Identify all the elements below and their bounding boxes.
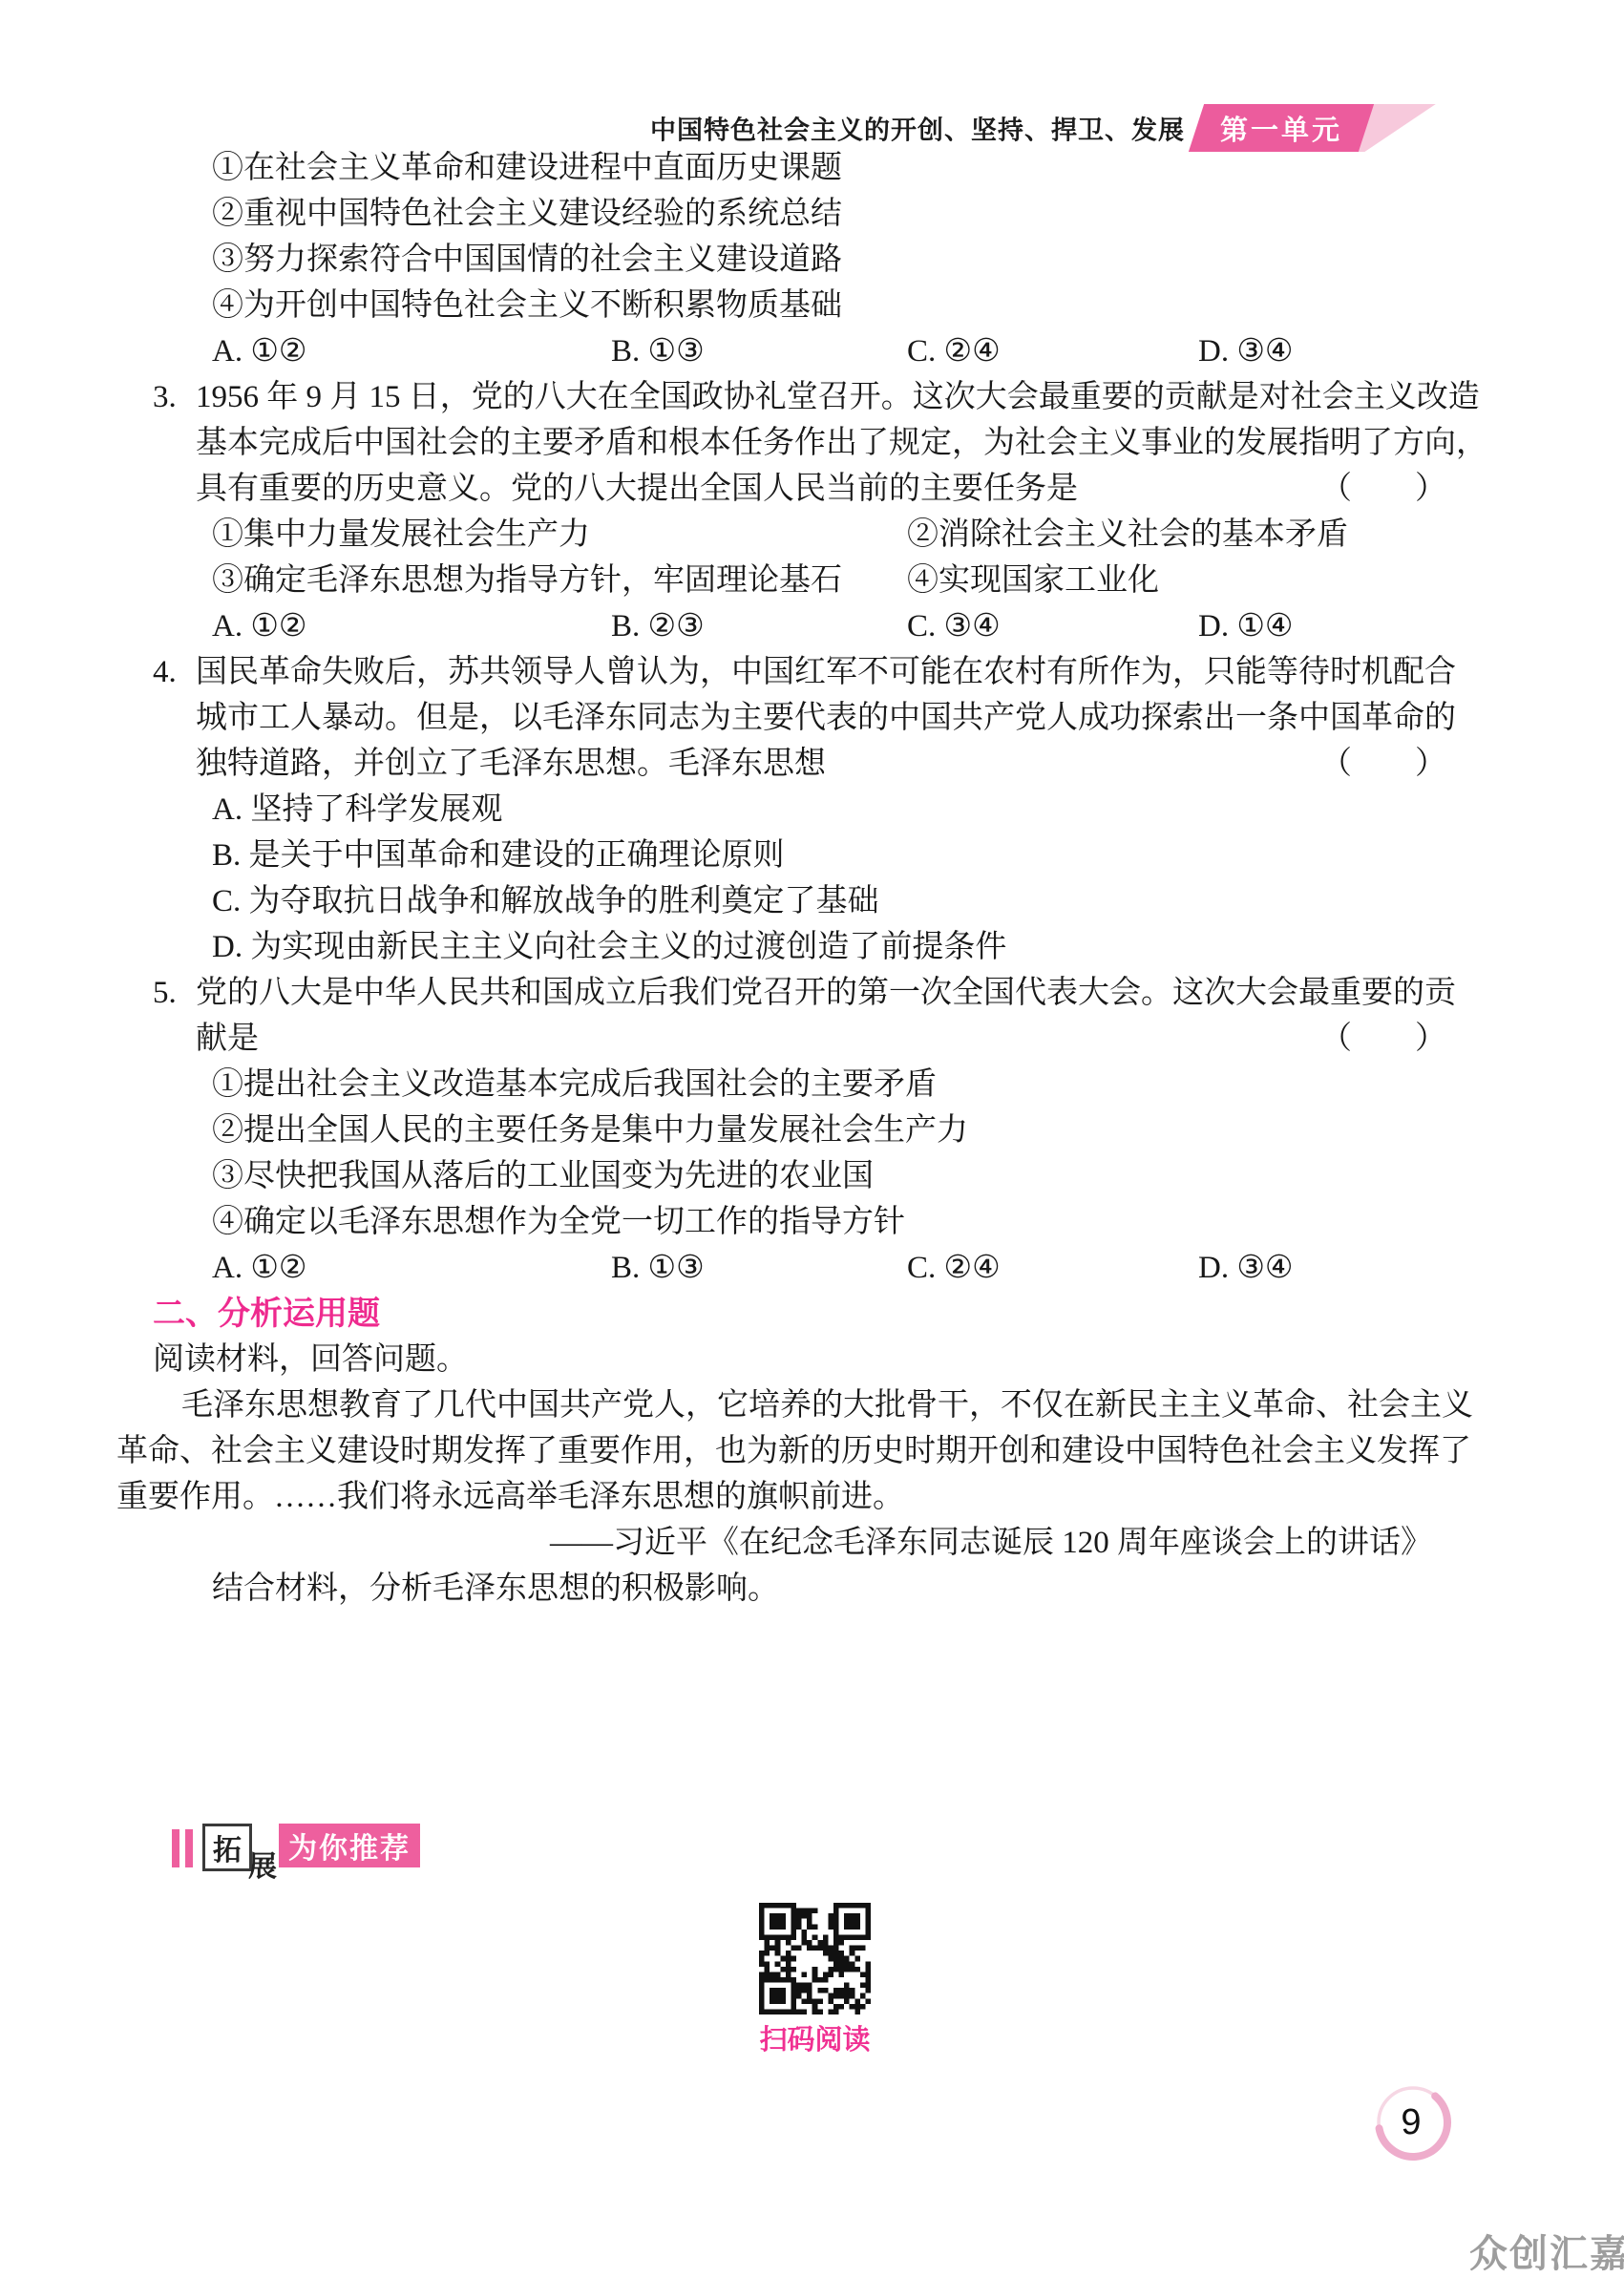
question-stem-line: 3. 1956 年 9 月 15 日，党的八大在全国政协礼堂召开。这次大会最重要… xyxy=(115,374,1475,420)
expand-label-top: 拓 xyxy=(213,1826,242,1868)
question-stem-line: 4. 国民革命失败后，苏共领导人曾认为，中国红军不可能在农村有所作为，只能等待时… xyxy=(115,649,1475,695)
choice-item: ③努力探索符合中国国情的社会主义建设道路 xyxy=(212,237,1475,283)
option-label: B. ②③ xyxy=(611,603,907,649)
answer-bracket: （ ） xyxy=(1320,466,1446,512)
qr-code-image xyxy=(759,1903,871,2014)
option-label: C. ③④ xyxy=(907,603,1198,649)
page-number: 9 xyxy=(1371,2080,1451,2164)
expand-box: 拓 xyxy=(202,1824,252,1871)
option-line: D. 为实现由新民主主义向社会主义的过渡创造了前提条件 xyxy=(212,924,1475,970)
answer-options-row: A. ①② B. ②③ C. ③④ D. ①④ xyxy=(212,603,1475,649)
material-paragraph-line: 重要作用。……我们将永远高举毛泽东思想的旗帜前进。 xyxy=(116,1474,1475,1520)
question-number: 4. xyxy=(153,649,177,695)
qr-code xyxy=(759,1903,871,2014)
question-stem-line: 城市工人暴动。但是，以毛泽东同志为主要代表的中国共产党人成功探索出一条中国革命的 xyxy=(196,695,1475,741)
question-number: 5. xyxy=(153,970,177,1016)
answer-options-row: A. ①② B. ①③ C. ②④ D. ③④ xyxy=(212,328,1475,374)
question-stem-line: 5. 党的八大是中华人民共和国成立后我们党召开的第一次全国代表大会。这次大会最重… xyxy=(115,970,1475,1016)
question-stem-text: 献是 xyxy=(196,1016,259,1062)
question-stem-line: 献是 （ ） xyxy=(115,1016,1475,1062)
question-stem-line: 独特道路，并创立了毛泽东思想。毛泽东思想 （ ） xyxy=(115,741,1475,787)
question-stem-text: 国民革命失败后，苏共领导人曾认为，中国红军不可能在农村有所作为，只能等待时机配合 xyxy=(196,649,1456,695)
task-line: 结合材料，分析毛泽东思想的积极影响。 xyxy=(212,1566,1475,1612)
material-paragraph-line: 毛泽东思想教育了几代中国共产党人，它培养的大批骨干，不仅在新民主主义革命、社会主… xyxy=(116,1382,1475,1428)
workbook-page: 中国特色社会主义的开创、坚持、捍卫、发展 第一单元 ①在社会主义革命和建设进程中… xyxy=(0,0,1624,2278)
option-label: D. ③④ xyxy=(1198,328,1475,374)
choice-item-row: ①集中力量发展社会生产力 ②消除社会主义社会的基本矛盾 xyxy=(212,512,1475,558)
option-label: A. ①② xyxy=(212,328,611,374)
question-stem-text: 党的八大是中华人民共和国成立后我们党召开的第一次全国代表大会。这次大会最重要的贡 xyxy=(196,970,1456,1016)
pink-bar-icon xyxy=(172,1829,179,1867)
choice-item: ①提出社会主义改造基本完成后我国社会的主要矛盾 xyxy=(212,1062,1475,1107)
material-attribution: ——习近平《在纪念毛泽东同志诞辰 120 周年座谈会上的讲话》 xyxy=(115,1520,1475,1566)
choice-item: ①集中力量发展社会生产力 xyxy=(212,512,907,558)
option-line: B. 是关于中国革命和建设的正确理论原则 xyxy=(212,833,1475,878)
option-label: C. ②④ xyxy=(907,1245,1198,1291)
recommend-badge: 为你推荐 xyxy=(279,1824,420,1867)
choice-item: ③确定毛泽东思想为指导方针，牢固理论基石 xyxy=(212,558,907,603)
answer-bracket: （ ） xyxy=(1320,741,1446,787)
pink-bar-icon xyxy=(185,1829,193,1867)
question-stem-line: 基本完成后中国社会的主要矛盾和根本任务作出了规定，为社会主义事业的发展指明了方向… xyxy=(196,420,1475,466)
choice-item: ④实现国家工业化 xyxy=(907,558,1475,603)
option-label: B. ①③ xyxy=(611,1245,907,1291)
choice-item: ④为开创中国特色社会主义不断积累物质基础 xyxy=(212,283,1475,328)
option-line: C. 为夺取抗日战争和解放战争的胜利奠定了基础 xyxy=(212,878,1475,924)
option-label: A. ①② xyxy=(212,603,611,649)
choice-item: ②重视中国特色社会主义建设经验的系统总结 xyxy=(212,191,1475,237)
question-stem-text: 具有重要的历史意义。党的八大提出全国人民当前的主要任务是 xyxy=(196,466,1078,512)
expand-label-bottom: 展 xyxy=(248,1843,277,1885)
section-heading: 二、分析运用题 xyxy=(153,1291,1475,1337)
section-intro: 阅读材料，回答问题。 xyxy=(153,1337,1475,1382)
expand-recommend-block: 拓 展 为你推荐 xyxy=(172,1822,458,1881)
choice-item-row: ③确定毛泽东思想为指导方针，牢固理论基石 ④实现国家工业化 xyxy=(212,558,1475,603)
option-label: D. ③④ xyxy=(1198,1245,1475,1291)
answer-bracket: （ ） xyxy=(1320,1016,1446,1062)
question-stem-text: 1956 年 9 月 15 日，党的八大在全国政协礼堂召开。这次大会最重要的贡献… xyxy=(196,374,1480,420)
option-line: A. 坚持了科学发展观 xyxy=(212,787,1475,833)
material-paragraph-line: 革命、社会主义建设时期发挥了重要作用，也为新的历史时期开创和建设中国特色社会主义… xyxy=(116,1428,1475,1474)
exercise-content: ①在社会主义革命和建设进程中直面历史课题 ②重视中国特色社会主义建设经验的系统总… xyxy=(115,145,1475,1612)
choice-item: ④确定以毛泽东思想作为全党一切工作的指导方针 xyxy=(212,1199,1475,1245)
scan-to-read-label: 扫码阅读 xyxy=(759,2018,871,2057)
question-stem-line: 具有重要的历史意义。党的八大提出全国人民当前的主要任务是 （ ） xyxy=(115,466,1475,512)
question-number: 3. xyxy=(153,374,177,420)
option-label: B. ①③ xyxy=(611,328,907,374)
page-number-badge: 9 xyxy=(1371,2080,1457,2166)
answer-options-row: A. ①② B. ①③ C. ②④ D. ③④ xyxy=(212,1245,1475,1291)
question-stem-text: 独特道路，并创立了毛泽东思想。毛泽东思想 xyxy=(196,741,826,787)
option-label: A. ①② xyxy=(212,1245,611,1291)
watermark: 众创汇嘉 xyxy=(1469,2224,1624,2278)
choice-item: ①在社会主义革命和建设进程中直面历史课题 xyxy=(212,145,1475,191)
unit-badge-label: 第一单元 xyxy=(1196,104,1366,152)
choice-item: ②消除社会主义社会的基本矛盾 xyxy=(907,512,1475,558)
option-label: D. ①④ xyxy=(1198,603,1475,649)
option-label: C. ②④ xyxy=(907,328,1198,374)
choice-item: ②提出全国人民的主要任务是集中力量发展社会生产力 xyxy=(212,1107,1475,1153)
chapter-title: 中国特色社会主义的开创、坚持、捍卫、发展 xyxy=(650,110,1185,147)
choice-item: ③尽快把我国从落后的工业国变为先进的农业国 xyxy=(212,1153,1475,1199)
